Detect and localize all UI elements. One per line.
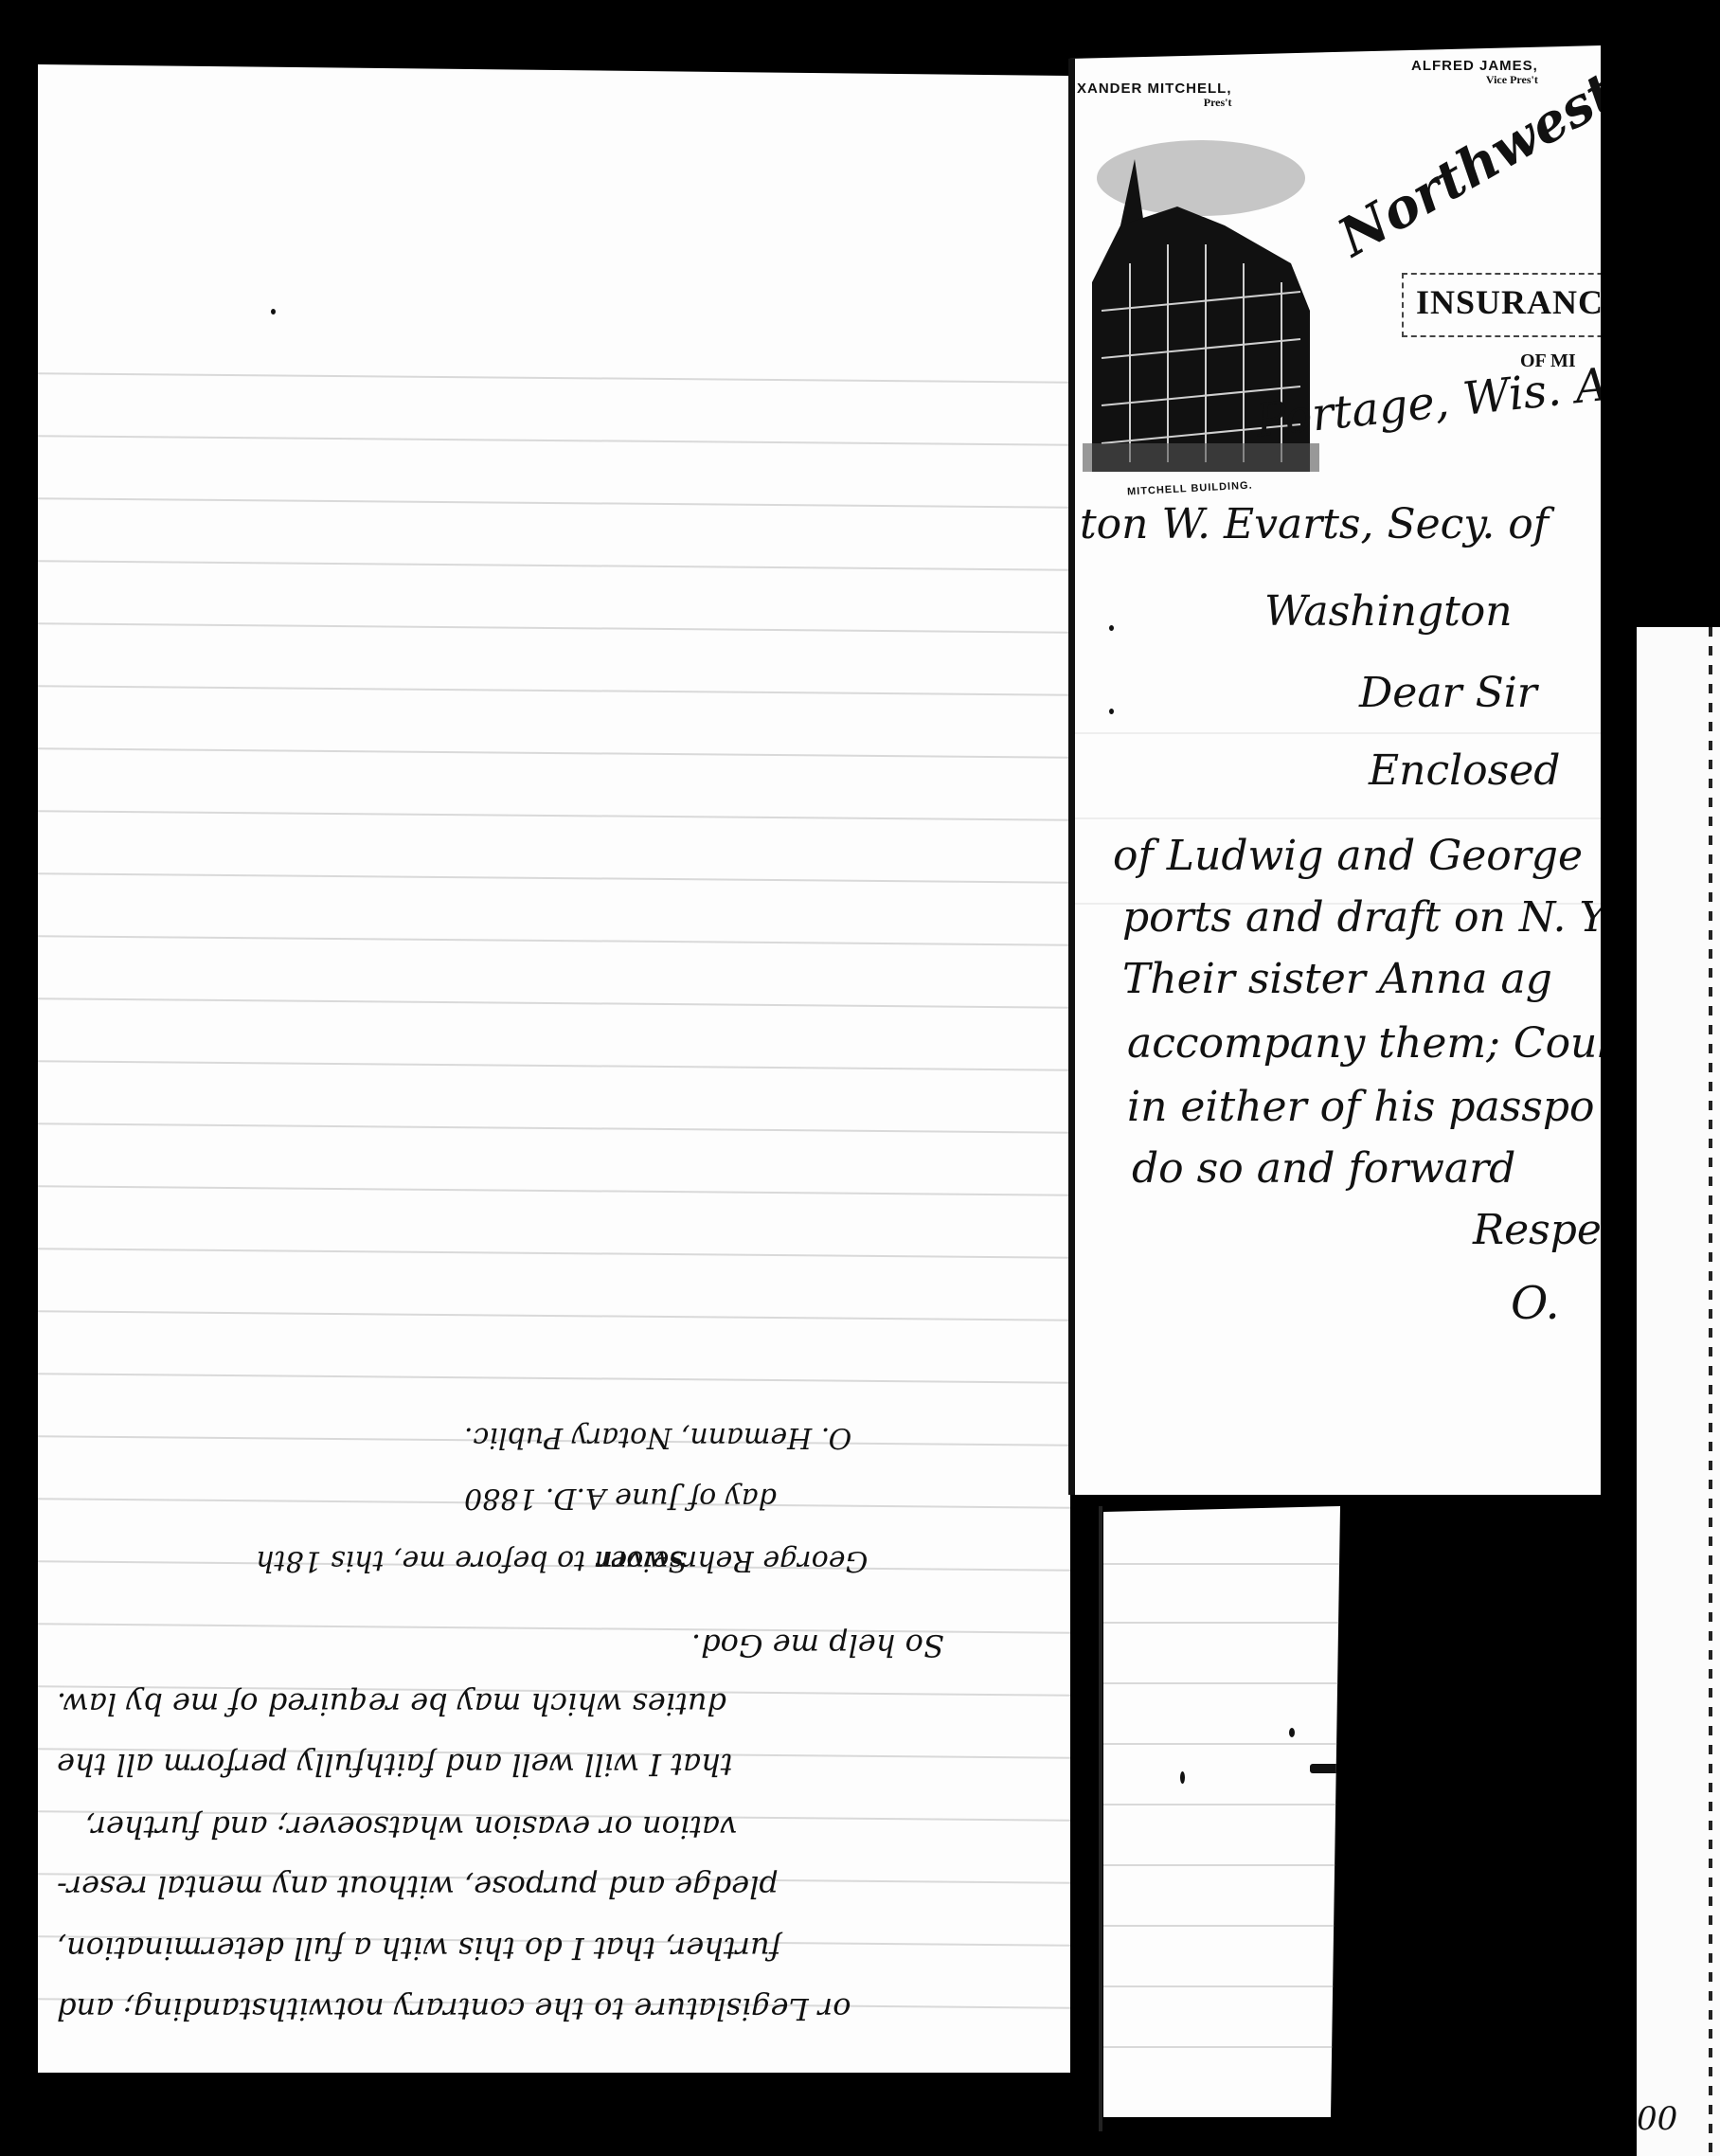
ruled-line	[38, 685, 1070, 696]
affidavit-notary-line: O. Hemann, Notary Public.	[464, 1421, 851, 1454]
ruled-line	[38, 1185, 1070, 1196]
affidavit-line: further, that I do this with a full dete…	[57, 1931, 780, 1967]
ruled-line	[38, 1373, 1070, 1384]
letter-salutation: Dear Sir	[1359, 669, 1537, 717]
letter-city: Washington	[1264, 587, 1513, 636]
lined-paper-sheet: O. Hemann, Notary Public. day of June A.…	[38, 64, 1070, 2073]
ruled-line	[38, 622, 1070, 634]
building-caption: MITCHELL BUILDING.	[1127, 480, 1253, 498]
ink-speck	[1180, 1771, 1185, 1784]
letter-body-line: Enclosed	[1369, 746, 1560, 795]
letter-closing: Respe	[1473, 1206, 1601, 1254]
ink-speck	[1109, 709, 1114, 714]
affidavit-line: So help me God.	[691, 1627, 944, 1663]
ruled-line	[1103, 1925, 1340, 1927]
letter-signature: O.	[1511, 1277, 1560, 1330]
ruled-line	[38, 1248, 1070, 1259]
ruled-line	[1075, 732, 1601, 734]
affidavit-line: or Legislature to the contrary notwithst…	[57, 1991, 851, 2027]
affidavit-line: vation or evasion whatsoever; and furthe…	[85, 1809, 737, 1845]
ruled-line	[1075, 817, 1601, 819]
ink-speck	[1289, 1728, 1295, 1737]
ruled-line	[1103, 1804, 1340, 1806]
ruled-line	[38, 372, 1070, 384]
letter-body-line: in either of his passpo	[1127, 1083, 1595, 1131]
ruled-line	[38, 1060, 1070, 1071]
ruled-line	[38, 1123, 1070, 1134]
ruled-line	[38, 935, 1070, 946]
ink-blot	[1310, 1764, 1340, 1773]
ruled-line	[38, 872, 1070, 884]
affidavit-date-line: day of June A.D. 1880	[464, 1482, 777, 1515]
ruled-line	[1103, 1622, 1340, 1624]
president-name: XANDER MITCHELL, Pres't	[1077, 81, 1232, 108]
affidavit-line: that I will well and faithfully perform …	[57, 1747, 733, 1783]
affidavit-line: pledge and purpose, without any mental r…	[57, 1869, 779, 1905]
vice-president-name: ALFRED JAMES, Vice Pres't	[1411, 59, 1538, 85]
ruled-line	[38, 747, 1070, 759]
ruled-line	[1103, 1743, 1340, 1745]
letter-body-line: do so and forward	[1132, 1144, 1515, 1193]
ink-speck	[1109, 625, 1114, 631]
ruled-line	[38, 997, 1070, 1009]
letter-body-line: of Ludwig and George	[1113, 832, 1583, 880]
ruled-line	[1103, 1985, 1340, 1987]
ruled-line	[38, 1310, 1070, 1321]
letterhead-letter: XANDER MITCHELL, Pres't ALFRED JAMES, Vi…	[1068, 45, 1601, 1495]
ruled-line	[1103, 2046, 1340, 2048]
ruled-line	[1103, 1864, 1340, 1866]
ink-speck	[271, 309, 276, 314]
ruled-line	[38, 810, 1070, 821]
perforated-edge	[1709, 627, 1712, 2156]
letter-addressee: ton W. Evarts, Secy. of	[1080, 500, 1549, 548]
lined-paper-fragment	[1103, 1506, 1340, 2117]
ruled-line	[38, 435, 1070, 446]
president-title: Pres't	[1077, 97, 1232, 109]
margin-rule	[1099, 1506, 1102, 2131]
company-name-band: INSURANC	[1416, 282, 1601, 322]
affidavit-line: duties which may be required of me by la…	[57, 1686, 726, 1722]
vice-president-title: Vice Pres't	[1411, 74, 1538, 86]
letter-body-line: ports and draft on N. Y.	[1122, 893, 1601, 942]
ruled-line	[1103, 1682, 1340, 1684]
letter-body-line: accompany them; Could	[1127, 1019, 1601, 1068]
partial-paper-edge: 00	[1637, 627, 1720, 2156]
company-name-script: Northwest	[1328, 61, 1601, 269]
affidavit-sworn-line: Sworn to before me, this 18th	[256, 1544, 688, 1577]
ruled-line	[38, 497, 1070, 509]
ruled-line	[1103, 1563, 1340, 1565]
letter-body-line: Their sister Anna ag	[1122, 955, 1552, 1003]
edge-handwriting-fragment: 00	[1637, 2100, 1677, 2138]
ruled-line	[38, 560, 1070, 571]
